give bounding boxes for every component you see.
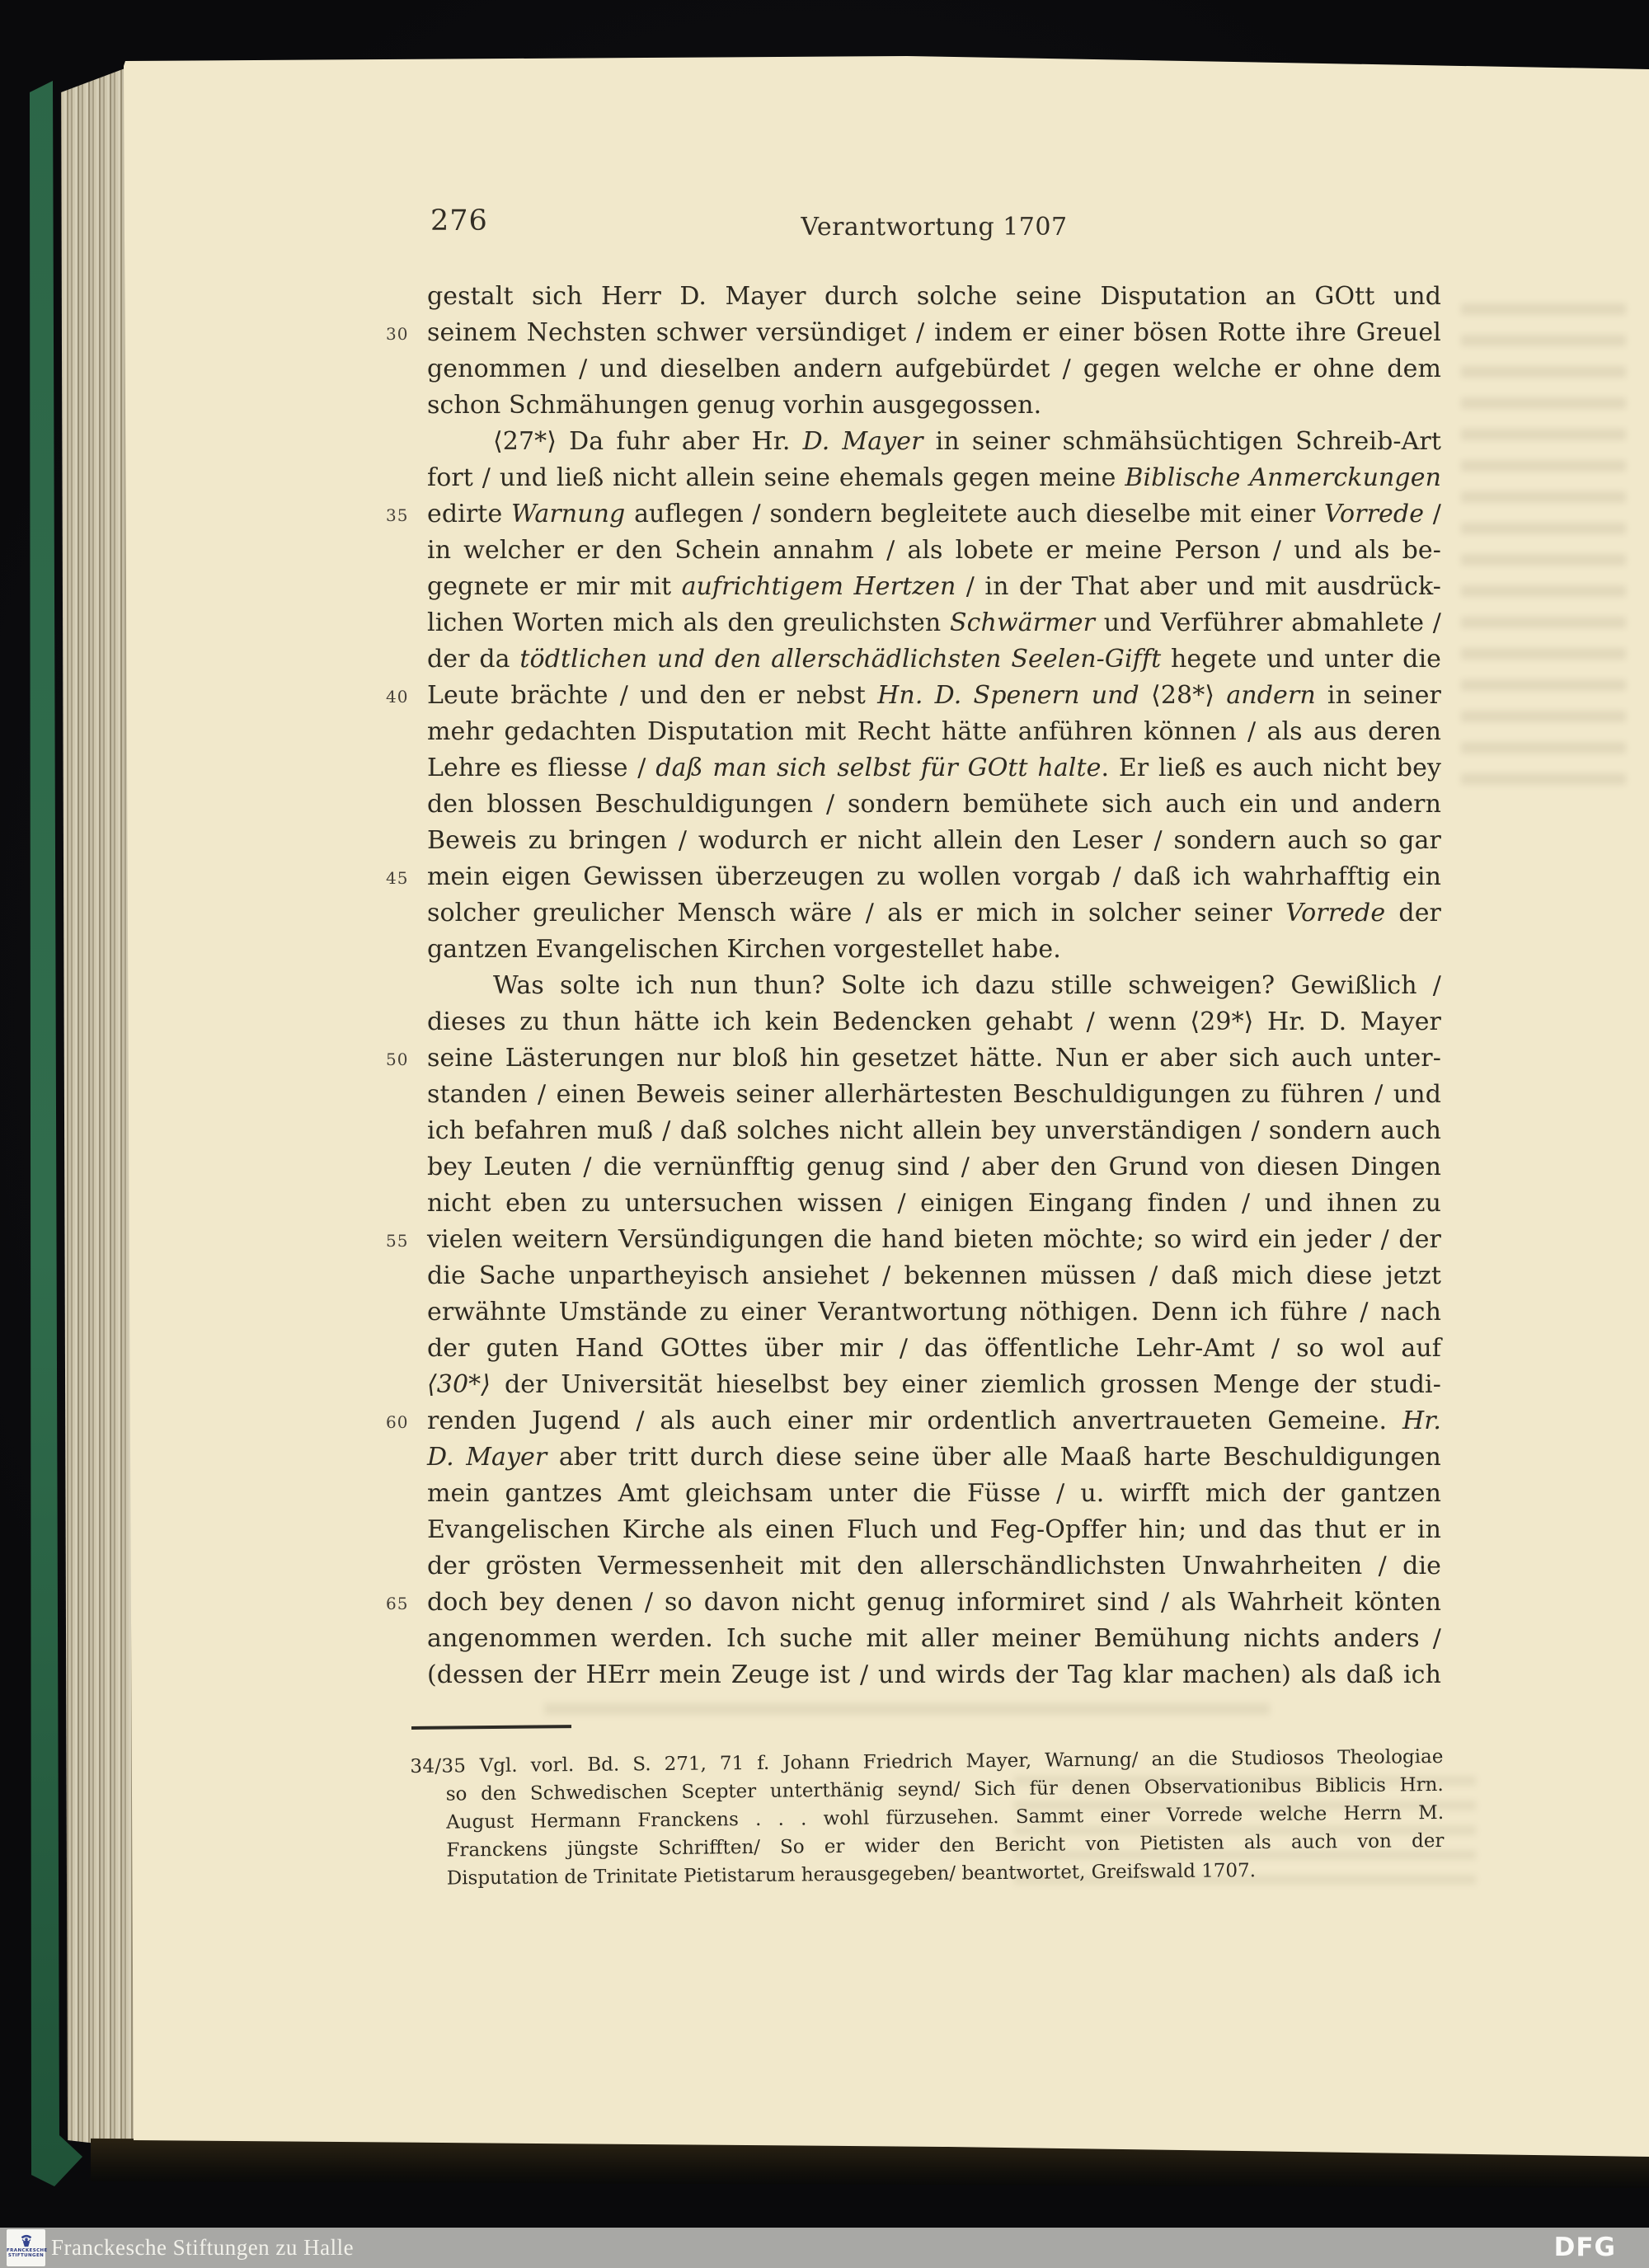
text-run: die Sache unpartheyisch ansiehet / beken…	[427, 1261, 1441, 1290]
body-line: Beweis zu bringen / wodurch er nicht all…	[427, 823, 1441, 859]
body-line: D. Mayer aber tritt durch diese seine üb…	[427, 1439, 1441, 1476]
body-line: gegnete er mir mit aufrichtigem Hertzen …	[427, 569, 1441, 605]
emphasized-text: Vorrede	[1324, 500, 1424, 528]
running-head: 276 Verantwortung 1707	[427, 203, 1441, 249]
body-line: 50seine Lästerungen nur bloß hin gesetze…	[427, 1040, 1441, 1077]
body-line: gantzen Evangelischen Kirchen vorgestell…	[427, 932, 1441, 968]
text-run: seine Lästerungen nur bloß hin gesetzet …	[427, 1044, 1441, 1073]
emphasized-text: Warnung	[511, 500, 625, 528]
text-run: auflegen / sondern begleitete auch diese…	[625, 500, 1324, 528]
body-line: ⟨30*⟩ der Universität hieselbst bey eine…	[427, 1367, 1441, 1403]
text-run: seinem Nechsten schwer versündiget / ind…	[427, 318, 1441, 347]
text-run: gegnete er mir mit	[427, 572, 682, 601]
body-line: den blossen Beschuldigungen / sondern be…	[427, 787, 1441, 823]
emphasized-text: tödtlichen und den allerschädlichsten Se…	[519, 645, 1161, 674]
text-run: schon Schmähungen genug vorhin ausgegoss…	[427, 391, 1041, 420]
text-run: mehr gedachten Disputation mit Recht hät…	[427, 717, 1441, 746]
text-run: bey Leuten / die vernünfftig genug sind …	[427, 1153, 1441, 1181]
body-line: 65doch bey denen / so davon nicht genug …	[427, 1585, 1441, 1621]
emphasized-text: aufrichtigem Hertzen	[682, 572, 956, 601]
body-line: Evangelischen Kirche als einen Fluch und…	[427, 1512, 1441, 1548]
text-run: der guten Hand GOttes über mir / das öff…	[427, 1334, 1441, 1363]
text-run: edirte	[427, 500, 511, 528]
text-run: . Er ließ es auch nicht bey	[1102, 754, 1441, 782]
body-line: mein gantzes Amt gleichsam unter die Füs…	[427, 1476, 1441, 1512]
text-run: ich befahren muß / daß solches nicht all…	[427, 1116, 1441, 1145]
body-line: solcher greulicher Mensch wäre / als er …	[427, 895, 1441, 932]
text-run: der da	[427, 645, 519, 674]
body-line: 55vielen weitern Versündigungen die hand…	[427, 1222, 1441, 1258]
text-run: in welcher er den Schein annahm / als lo…	[427, 536, 1441, 565]
text-run: und Verführer abmahlete /	[1095, 608, 1441, 637]
franckesche-stiftungen-logo: FRANCKESCHE STIFTUNGEN	[7, 2229, 45, 2266]
text-run: fort / und ließ nicht allein seine ehema…	[427, 463, 1125, 492]
text-run: hegete und unter die	[1161, 645, 1441, 674]
body-line: ich befahren muß / daß solches nicht all…	[427, 1113, 1441, 1149]
text-run: doch bey denen / so davon nicht genug in…	[427, 1588, 1441, 1617]
text-run: lichen Worten mich als den greulichsten	[427, 608, 950, 637]
emphasized-text: Biblische Anmerckungen	[1125, 463, 1441, 492]
emphasized-text: Hn. D. Spenern und	[877, 681, 1139, 710]
dfg-logo: DFG	[1554, 2228, 1616, 2268]
body-line: 45mein eigen Gewissen überzeugen zu woll…	[427, 859, 1441, 895]
text-run: mein eigen Gewissen überzeugen zu wollen…	[427, 862, 1441, 891]
emphasized-text: D. Mayer	[803, 427, 923, 456]
logo-text-line2: STIFTUNGEN	[8, 2253, 44, 2258]
emphasized-text: Hr.	[1402, 1406, 1441, 1435]
footnote-label: 34/35	[410, 1755, 479, 1777]
text-run: dieses zu thun hätte ich kein Bedencken …	[427, 1007, 1441, 1036]
margin-line-number: 45	[386, 860, 412, 896]
emphasized-text: daß man sich selbst für GOtt halte	[655, 754, 1101, 782]
body-line: lichen Worten mich als den greulichsten …	[427, 605, 1441, 641]
body-line: schon Schmähungen genug vorhin ausgegoss…	[427, 387, 1441, 424]
margin-line-number: 55	[386, 1223, 412, 1259]
emphasized-text: Schwärmer	[950, 608, 1095, 637]
text-run: aber tritt durch diese seine über alle M…	[547, 1443, 1441, 1472]
body-line: 30seinem Nechsten schwer versündiget / i…	[427, 315, 1441, 351]
text-run: ⟨28*⟩	[1139, 681, 1226, 710]
text-run: vielen weitern Versündigungen die hand b…	[427, 1225, 1441, 1254]
body-line: dieses zu thun hätte ich kein Bedencken …	[427, 1004, 1441, 1040]
text-run: angenommen werden. Ich suche mit aller m…	[427, 1624, 1441, 1653]
text-run: in seiner schmähsüchtigen Schreib-Art	[923, 427, 1441, 456]
text-run: standen / einen Beweis seiner allerhärte…	[427, 1080, 1441, 1109]
text-run: / in der That aber und mit ausdrück-	[956, 572, 1441, 601]
text-run: Lehre es fliesse /	[427, 754, 655, 782]
emphasized-text: andern	[1226, 681, 1315, 710]
text-run: renden Jugend / als auch einer mir orden…	[427, 1406, 1402, 1435]
body-line: fort / und ließ nicht allein seine ehema…	[427, 460, 1441, 496]
text-run: solcher greulicher Mensch wäre / als er …	[427, 899, 1285, 927]
body-line: 35edirte Warnung auflegen / sondern begl…	[427, 496, 1441, 533]
margin-line-number: 60	[386, 1404, 412, 1440]
margin-line-number: 30	[386, 316, 412, 352]
body-line: (dessen der HErr mein Zeuge ist / und wi…	[427, 1657, 1441, 1693]
body-line: in welcher er den Schein annahm / als lo…	[427, 533, 1441, 569]
margin-line-number: 35	[386, 497, 412, 533]
body-line: genommen / und dieselben andern aufgebür…	[427, 351, 1441, 387]
body-line: der guten Hand GOttes über mir / das öff…	[427, 1331, 1441, 1367]
footnote-lines: 34/35 Vgl. vorl. Bd. S. 271, 71 f. Johan…	[410, 1743, 1445, 1893]
margin-line-number: 50	[386, 1041, 412, 1078]
viewer-footer-bar: FRANCKESCHE STIFTUNGEN Franckesche Stift…	[0, 2228, 1649, 2268]
footnote-block: 34/35 Vgl. vorl. Bd. S. 271, 71 f. Johan…	[410, 1716, 1445, 1893]
text-run: den blossen Beschuldigungen / sondern be…	[427, 790, 1441, 819]
text-run: in seiner	[1316, 681, 1441, 710]
body-line: 60renden Jugend / als auch einer mir ord…	[427, 1403, 1441, 1439]
body-line: der da tödtlichen und den allerschädlich…	[427, 641, 1441, 678]
margin-line-number: 65	[386, 1585, 412, 1622]
bleedthrough-smudge	[1461, 298, 1626, 793]
body-line: gestalt sich Herr D. Mayer durch solche …	[427, 279, 1441, 315]
footer-institution-label: Franckesche Stiftungen zu Halle	[51, 2228, 354, 2268]
body-text-block: gestalt sich Herr D. Mayer durch solche …	[427, 279, 1441, 1693]
body-line: ⟨27*⟩ Da fuhr aber Hr. D. Mayer in seine…	[427, 424, 1441, 460]
logo-emblem-icon	[19, 2232, 34, 2248]
text-run: der Universität hieselbst bey einer ziem…	[491, 1370, 1441, 1399]
body-line: Was solte ich nun thun? Solte ich dazu s…	[427, 968, 1441, 1004]
footnote-separator-rule	[411, 1725, 571, 1730]
text-run: (dessen der HErr mein Zeuge ist / und wi…	[427, 1660, 1441, 1689]
text-run: mein gantzes Amt gleichsam unter die Füs…	[427, 1479, 1441, 1508]
text-run: erwähnte Umstände zu einer Verantwortung…	[427, 1298, 1441, 1327]
body-line: Lehre es fliesse / daß man sich selbst f…	[427, 750, 1441, 787]
page-number: 276	[430, 203, 488, 239]
running-title: Verantwortung 1707	[427, 203, 1441, 242]
emphasized-text: ⟨30*⟩	[427, 1370, 491, 1399]
text-run: /	[1424, 500, 1441, 528]
body-line: angenommen werden. Ich suche mit aller m…	[427, 1621, 1441, 1657]
body-line: erwähnte Umstände zu einer Verantwortung…	[427, 1294, 1441, 1331]
text-run: nicht eben zu untersuchen wissen / einig…	[427, 1189, 1441, 1218]
emphasized-text: Vorrede	[1285, 899, 1385, 927]
bleedthrough-smudge	[544, 1698, 1270, 1720]
text-run: der grösten Vermessenheit mit den allers…	[427, 1552, 1441, 1580]
emphasized-text: D. Mayer	[427, 1443, 547, 1472]
body-line: die Sache unpartheyisch ansiehet / beken…	[427, 1258, 1441, 1294]
text-run: ⟨27*⟩ Da fuhr aber Hr.	[493, 427, 803, 456]
margin-line-number: 40	[386, 679, 412, 715]
body-line: nicht eben zu untersuchen wissen / einig…	[427, 1186, 1441, 1222]
text-run: Leute brächte / und den er nebst	[427, 681, 877, 710]
text-run: Evangelischen Kirche als einen Fluch und…	[427, 1515, 1441, 1544]
body-line: der grösten Vermessenheit mit den allers…	[427, 1548, 1441, 1585]
text-run: gantzen Evangelischen Kirchen vorgestell…	[427, 935, 1061, 964]
text-run: der	[1385, 899, 1441, 927]
body-line: 40Leute brächte / und den er nebst Hn. D…	[427, 678, 1441, 714]
text-run: genommen / und dieselben andern aufgebür…	[427, 355, 1441, 383]
body-line: mehr gedachten Disputation mit Recht hät…	[427, 714, 1441, 750]
body-line: standen / einen Beweis seiner allerhärte…	[427, 1077, 1441, 1113]
text-run: Was solte ich nun thun? Solte ich dazu s…	[493, 971, 1441, 1000]
text-run: gestalt sich Herr D. Mayer durch solche …	[427, 282, 1441, 311]
body-line: bey Leuten / die vernünfftig genug sind …	[427, 1149, 1441, 1186]
text-run: Beweis zu bringen / wodurch er nicht all…	[427, 826, 1441, 855]
